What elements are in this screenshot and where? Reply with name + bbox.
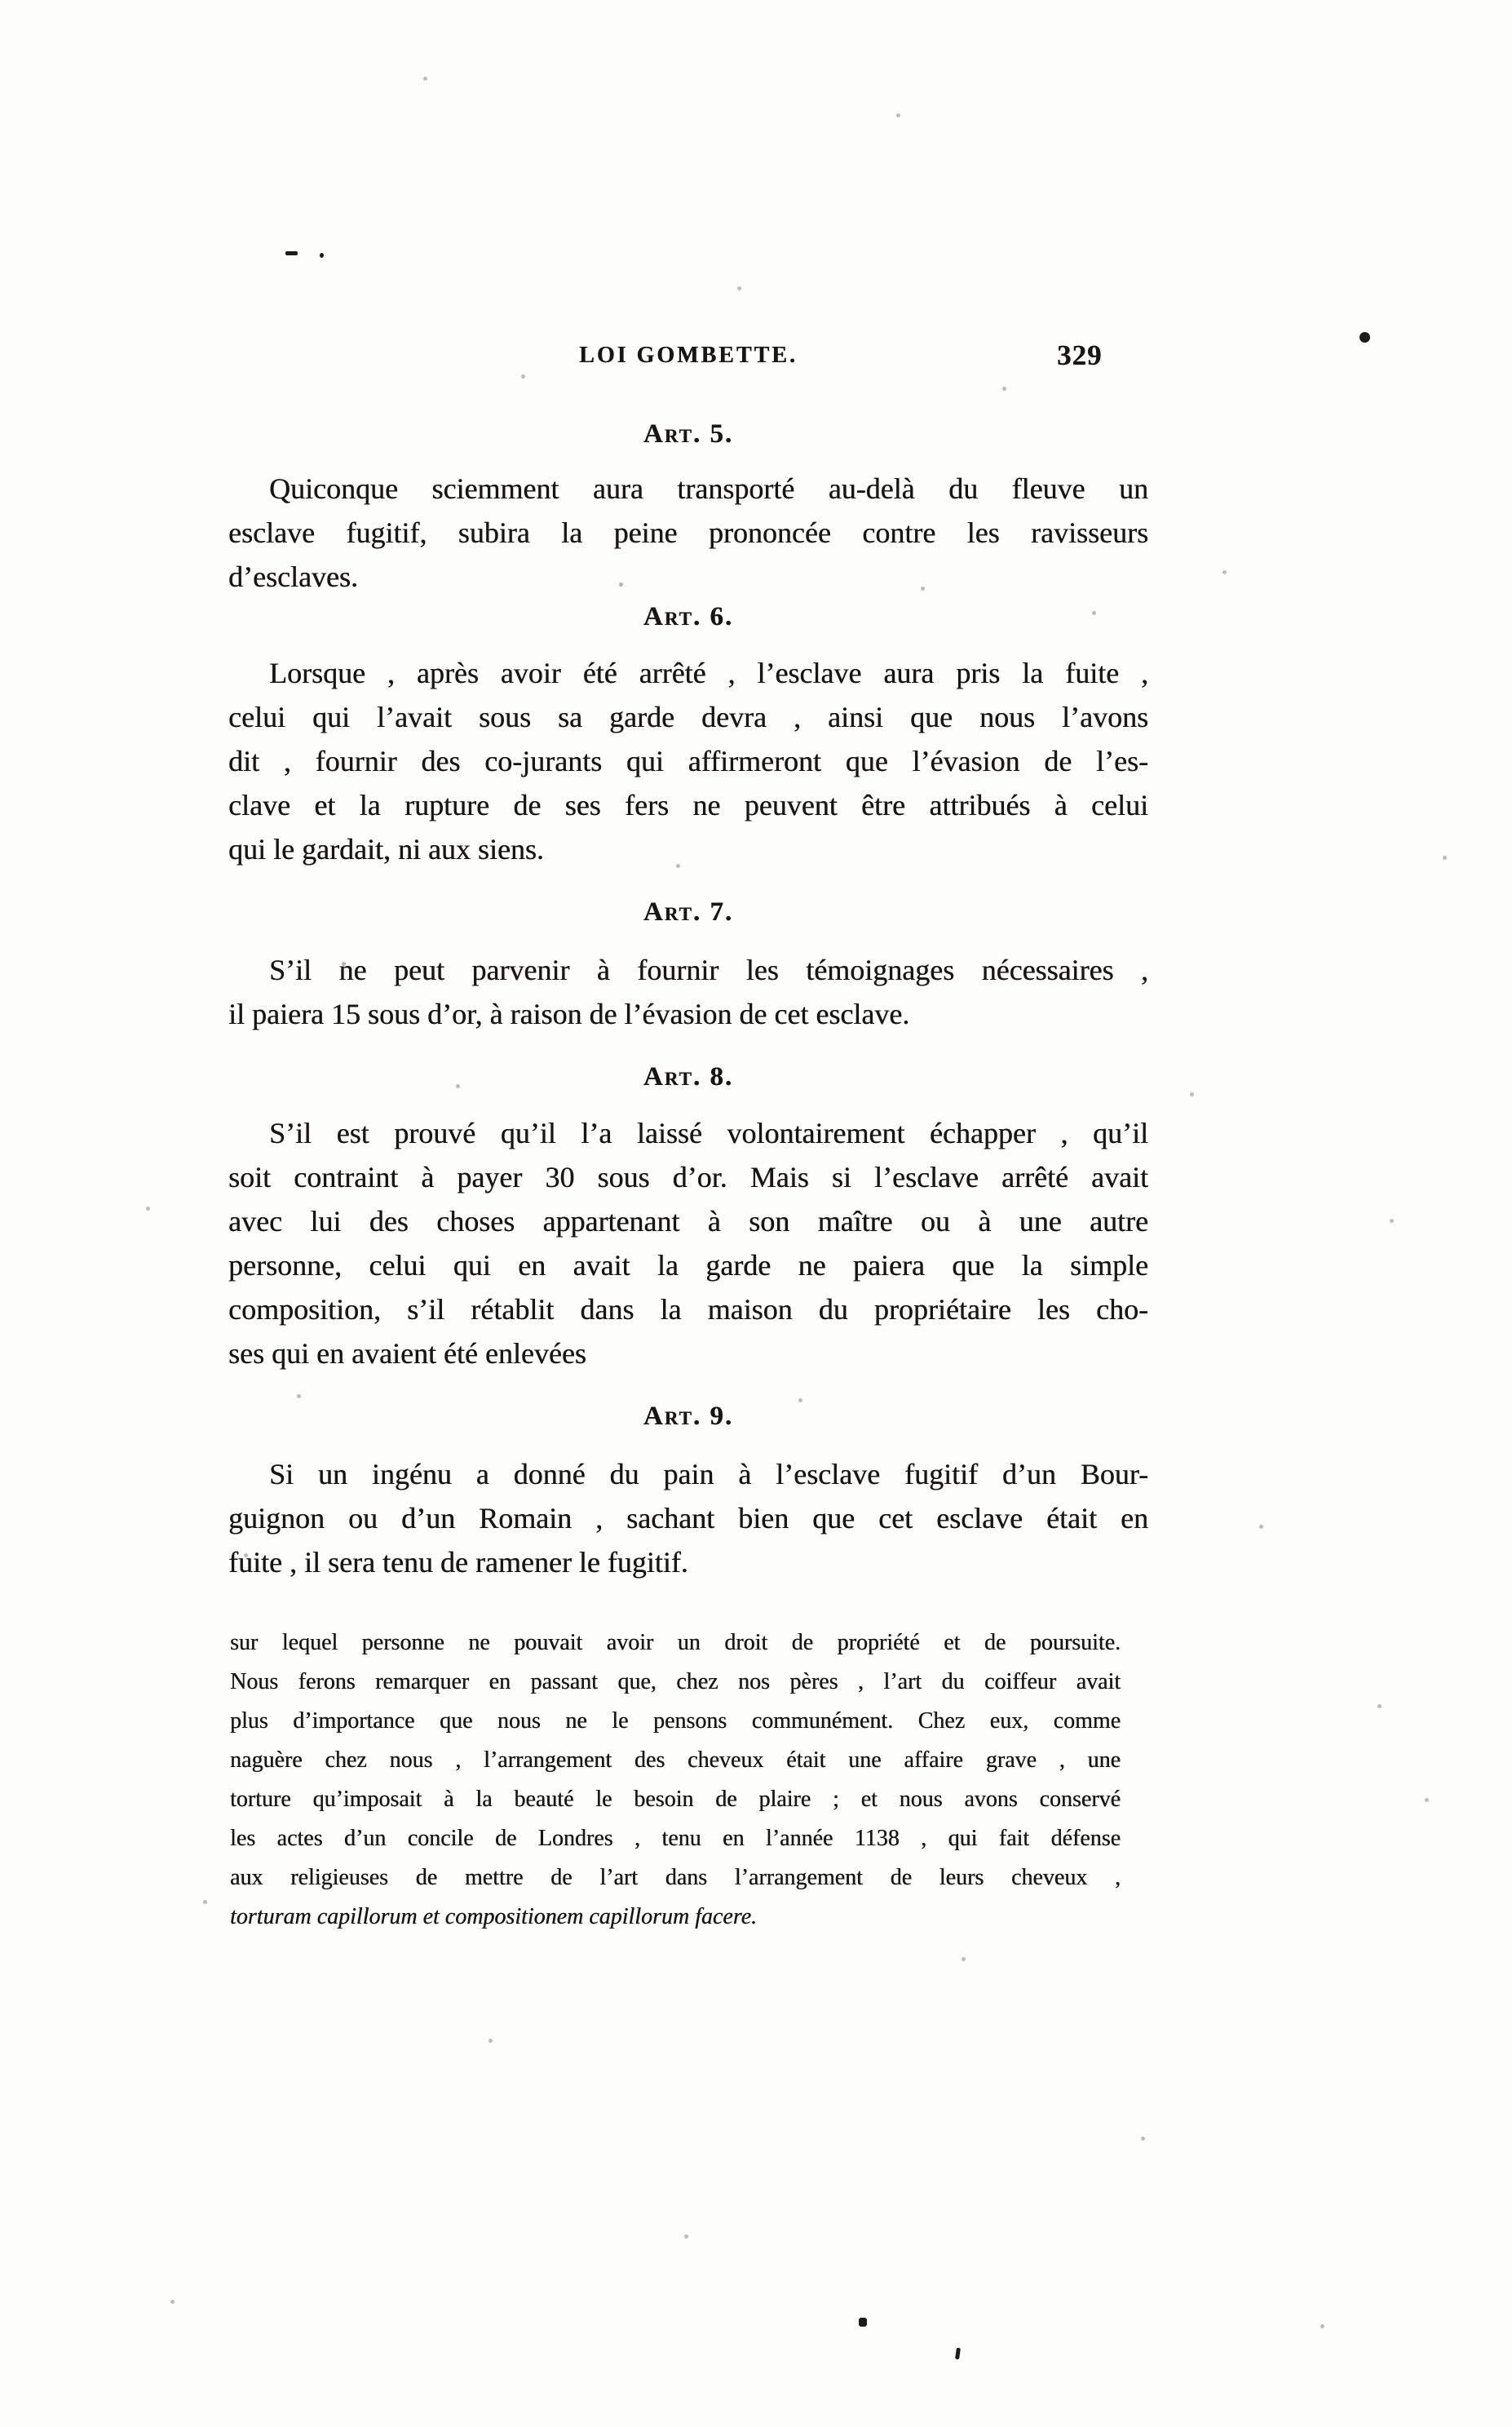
- text-line: S’il est prouvé qu’il l’a laissé volonta…: [228, 1111, 1148, 1155]
- ink-spot: [1359, 332, 1370, 343]
- scan-noise: [0, 0, 2, 2]
- article-6-body: Lorsque , après avoir été arrêté , l’esc…: [228, 651, 1148, 871]
- text-line: il paiera 15 sous d’or, à raison de l’év…: [228, 992, 1148, 1036]
- text-line: composition, s’il rétablit dans la maiso…: [228, 1287, 1148, 1331]
- article-9-heading: Art. 9.: [228, 1402, 1148, 1432]
- footnote-line: naguère chez nous , l’arrangement des ch…: [230, 1741, 1121, 1780]
- scan-speck: [285, 251, 298, 255]
- text-line: dit , fournir des co-jurants qui affirme…: [228, 739, 1148, 783]
- article-7-body: S’il ne peut parvenir à fournir les témo…: [228, 948, 1148, 1036]
- text-line: d’esclaves.: [228, 555, 1148, 599]
- text-line: avec lui des choses appartenant à son ma…: [228, 1199, 1148, 1243]
- running-title: LOI GOMBETTE.: [228, 343, 1148, 369]
- footnote-line: sur lequel personne ne pouvait avoir un …: [230, 1623, 1121, 1663]
- article-9-body: Si un ingénu a donné du pain à l’esclave…: [228, 1452, 1148, 1584]
- footnote-latin-line: torturam capillorum et compositionem cap…: [230, 1898, 1121, 1937]
- scanned-book-page: LOI GOMBETTE. 329 Art. 5. Quiconque scie…: [0, 0, 1512, 2427]
- article-5-heading: Art. 5.: [228, 419, 1148, 450]
- footnote-line: Nous ferons remarquer en passant que, ch…: [230, 1663, 1121, 1702]
- text-line: ses qui en avaient été enlevées: [228, 1331, 1148, 1375]
- text-line: Lorsque , après avoir été arrêté , l’esc…: [228, 651, 1148, 695]
- running-header: LOI GOMBETTE. 329: [228, 343, 1148, 379]
- article-7-heading: Art. 7.: [228, 897, 1148, 928]
- page-number: 329: [1057, 339, 1103, 372]
- text-line: fuite , il sera tenu de ramener le fugit…: [228, 1540, 1148, 1584]
- text-line: Si un ingénu a donné du pain à l’esclave…: [228, 1452, 1148, 1496]
- article-6-heading: Art. 6.: [228, 602, 1148, 632]
- footnote: sur lequel personne ne pouvait avoir un …: [230, 1623, 1121, 1937]
- text-line: qui le gardait, ni aux siens.: [228, 827, 1148, 871]
- text-line: celui qui l’avait sous sa garde devra , …: [228, 695, 1148, 739]
- footnote-line: les actes d’un concile de Londres , tenu…: [230, 1819, 1121, 1858]
- text-line: personne, celui qui en avait la garde ne…: [228, 1243, 1148, 1287]
- scan-speck: [955, 2348, 961, 2360]
- scan-speck: [859, 2318, 867, 2327]
- article-8-heading: Art. 8.: [228, 1062, 1148, 1092]
- text-line: guignon ou d’un Romain , sachant bien qu…: [228, 1496, 1148, 1540]
- footnote-line: aux religieuses de mettre de l’art dans …: [230, 1858, 1121, 1898]
- article-8-body: S’il est prouvé qu’il l’a laissé volonta…: [228, 1111, 1148, 1375]
- text-line: Quiconque sciemment aura transporté au-d…: [228, 467, 1148, 511]
- footnote-line: plus d’importance que nous ne le pensons…: [230, 1702, 1121, 1741]
- scan-speck: [320, 253, 324, 258]
- article-5-body: Quiconque sciemment aura transporté au-d…: [228, 467, 1148, 599]
- text-line: esclave fugitif, subira la peine prononc…: [228, 511, 1148, 555]
- footnote-line: torture qu’imposait à la beauté le besoi…: [230, 1780, 1121, 1819]
- text-line: S’il ne peut parvenir à fournir les témo…: [228, 948, 1148, 992]
- text-line: soit contraint à payer 30 sous d’or. Mai…: [228, 1155, 1148, 1199]
- text-line: clave et la rupture de ses fers ne peuve…: [228, 783, 1148, 827]
